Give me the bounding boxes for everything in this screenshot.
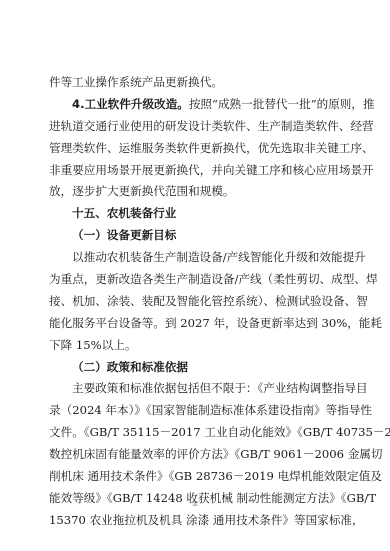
paragraph-line: 接、机加、涂装、装配及智能化管控系统）、检测试验设备、智 [49, 291, 342, 313]
paragraph-line: 数控机床固有能量效率的评价方法》《GB/T 9061－2006 金属切 [49, 444, 342, 466]
paragraph-line: 放，逐步扩大更新换代范围和规模。 [49, 181, 342, 203]
paragraph-line: 文件。《GB/T 35115－2017 工业自动化能效》《GB/T 40735－… [49, 422, 342, 444]
paragraph-line: 4.工业软件升级改造。按照“成熟一批替代一批”的原则，推 [49, 94, 342, 116]
paragraph-line: 为重点，更新改造各类生产制造设备/产线（柔性剪切、成型、焊 [49, 269, 342, 291]
item-heading: 4.工业软件升级改造。 [72, 97, 189, 111]
paragraph-line: 录（2024 年本）》《国家智能制造标准体系建设指南》等指导性 [49, 400, 342, 422]
paragraph-line: 能化服务平台设备等。到 2027 年，设备更新率达到 30%，能耗 [49, 313, 342, 335]
subsection-heading: （二）政策和标准依据 [49, 357, 342, 379]
document-body: 件等工业操作系统产品更新换代。 4.工业软件升级改造。按照“成熟一批替代一批”的… [49, 72, 342, 532]
paragraph-line: 件等工业操作系统产品更新换代。 [49, 72, 342, 94]
paragraph-line: 主要政策和标准依据包括但不限于：《产业结构调整指导目 [49, 378, 342, 400]
paragraph-line: 15370 农业拖拉机及机具 涂漆 通用技术条件》等国家标准， [49, 510, 342, 532]
paragraph-line: 以推动农机装备生产制造设备/产线智能化升级和效能提升 [49, 247, 342, 269]
paragraph-line: 削机床 通用技术条件》《GB 28736－2019 电焊机能效限定值及 [49, 466, 342, 488]
paragraph-line: 非重要应用场景开展更新换代，并向关键工序和核心应用场景开 [49, 160, 342, 182]
paragraph-line: 管理类软件、运维服务类软件更新换代，优先选取非关键工序、 [49, 138, 342, 160]
paragraph-line: 进轨道交通行业使用的研发设计类软件、生产制造类软件、经营 [49, 116, 342, 138]
paragraph-line: 下降 15%以上。 [49, 335, 342, 357]
paragraph-text: 按照“成熟一批替代一批”的原则，推 [189, 97, 375, 111]
section-heading: 十五、农机装备行业 [49, 203, 342, 225]
page-number: 35 [0, 503, 390, 508]
subsection-heading: （一）设备更新目标 [49, 225, 342, 247]
